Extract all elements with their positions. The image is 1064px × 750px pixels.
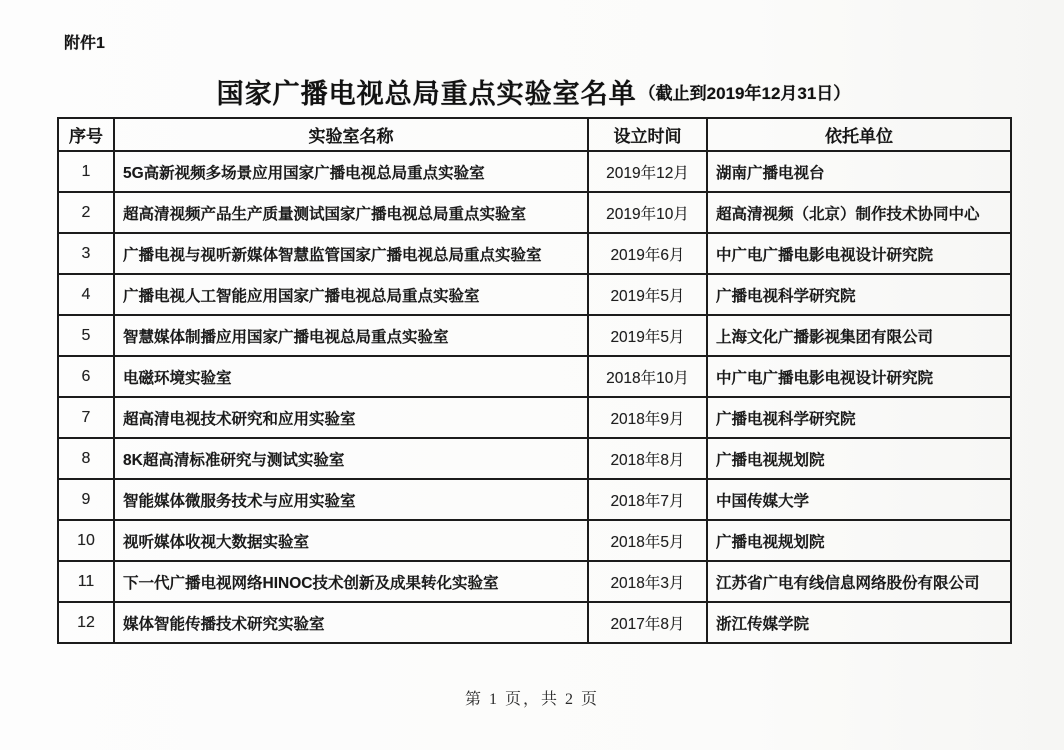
row-number: 2 [58,192,114,233]
row-number: 7 [58,397,114,438]
supporting-org: 中广电广播电影电视设计研究院 [707,233,1011,274]
established-date: 2019年12月 [588,151,707,192]
established-date: 2018年9月 [588,397,707,438]
lab-name: 下一代广播电视网络HINOC技术创新及成果转化实验室 [114,561,588,602]
row-number: 6 [58,356,114,397]
supporting-org: 超高清视频（北京）制作技术协同中心 [707,192,1011,233]
table-row: 7 超高清电视技术研究和应用实验室 2018年9月 广播电视科学研究院 [58,397,1011,438]
row-number: 4 [58,274,114,315]
row-number: 3 [58,233,114,274]
table-row: 1 5G高新视频多场景应用国家广播电视总局重点实验室 2019年12月 湖南广播… [58,151,1011,192]
established-date: 2018年8月 [588,438,707,479]
established-date: 2019年6月 [588,233,707,274]
supporting-org: 上海文化广播影视集团有限公司 [707,315,1011,356]
established-date: 2018年3月 [588,561,707,602]
table-row: 4 广播电视人工智能应用国家广播电视总局重点实验室 2019年5月 广播电视科学… [58,274,1011,315]
supporting-org: 江苏省广电有线信息网络股份有限公司 [707,561,1011,602]
table-row: 10 视听媒体收视大数据实验室 2018年5月 广播电视规划院 [58,520,1011,561]
header-date: 设立时间 [588,118,707,151]
row-number: 1 [58,151,114,192]
table-header-row: 序号 实验室名称 设立时间 依托单位 [58,118,1011,151]
established-date: 2019年5月 [588,315,707,356]
lab-name: 超高清视频产品生产质量测试国家广播电视总局重点实验室 [114,192,588,233]
row-number: 9 [58,479,114,520]
lab-name: 电磁环境实验室 [114,356,588,397]
table-row: 2 超高清视频产品生产质量测试国家广播电视总局重点实验室 2019年10月 超高… [58,192,1011,233]
lab-name: 广播电视人工智能应用国家广播电视总局重点实验室 [114,274,588,315]
lab-name: 广播电视与视听新媒体智慧监管国家广播电视总局重点实验室 [114,233,588,274]
table-row: 8 8K超高清标准研究与测试实验室 2018年8月 广播电视规划院 [58,438,1011,479]
lab-name: 8K超高清标准研究与测试实验室 [114,438,588,479]
lab-name: 超高清电视技术研究和应用实验室 [114,397,588,438]
row-number: 8 [58,438,114,479]
lab-name: 智能媒体微服务技术与应用实验室 [114,479,588,520]
title-text: 国家广播电视总局重点实验室名单 [217,79,637,109]
header-org: 依托单位 [707,118,1011,151]
lab-name: 智慧媒体制播应用国家广播电视总局重点实验室 [114,315,588,356]
lab-name: 媒体智能传播技术研究实验室 [114,602,588,643]
row-number: 10 [58,520,114,561]
supporting-org: 广播电视规划院 [707,520,1011,561]
supporting-org: 广播电视规划院 [707,438,1011,479]
header-no: 序号 [58,118,114,151]
supporting-org: 湖南广播电视台 [707,151,1011,192]
row-number: 12 [58,602,114,643]
supporting-org: 广播电视科学研究院 [707,397,1011,438]
established-date: 2017年8月 [588,602,707,643]
established-date: 2018年10月 [588,356,707,397]
supporting-org: 中国传媒大学 [707,479,1011,520]
table-row: 6 电磁环境实验室 2018年10月 中广电广播电影电视设计研究院 [58,356,1011,397]
page-number: 第 1 页，共 2 页 [0,686,1064,709]
established-date: 2018年7月 [588,479,707,520]
table-body: 1 5G高新视频多场景应用国家广播电视总局重点实验室 2019年12月 湖南广播… [58,151,1011,643]
established-date: 2018年5月 [588,520,707,561]
table-row: 3 广播电视与视听新媒体智慧监管国家广播电视总局重点实验室 2019年6月 中广… [58,233,1011,274]
table-row: 12 媒体智能传播技术研究实验室 2017年8月 浙江传媒学院 [58,602,1011,643]
lab-name: 视听媒体收视大数据实验室 [114,520,588,561]
established-date: 2019年5月 [588,274,707,315]
header-name: 实验室名称 [114,118,588,151]
table-row: 9 智能媒体微服务技术与应用实验室 2018年7月 中国传媒大学 [58,479,1011,520]
table-row: 5 智慧媒体制播应用国家广播电视总局重点实验室 2019年5月 上海文化广播影视… [58,315,1011,356]
supporting-org: 浙江传媒学院 [707,602,1011,643]
document-title: 国家广播电视总局重点实验室名单（截止到2019年12月31日） [57,72,1010,111]
established-date: 2019年10月 [588,192,707,233]
lab-name: 5G高新视频多场景应用国家广播电视总局重点实验室 [114,151,588,192]
lab-table: 序号 实验室名称 设立时间 依托单位 1 5G高新视频多场景应用国家广播电视总局… [57,117,1012,644]
attachment-label: 附件1 [64,30,105,53]
row-number: 11 [58,561,114,602]
row-number: 5 [58,315,114,356]
title-date-note: （截止到2019年12月31日） [639,84,851,103]
table-row: 11 下一代广播电视网络HINOC技术创新及成果转化实验室 2018年3月 江苏… [58,561,1011,602]
supporting-org: 广播电视科学研究院 [707,274,1011,315]
document-page: 附件1 国家广播电视总局重点实验室名单（截止到2019年12月31日） 序号 实… [0,0,1064,750]
supporting-org: 中广电广播电影电视设计研究院 [707,356,1011,397]
